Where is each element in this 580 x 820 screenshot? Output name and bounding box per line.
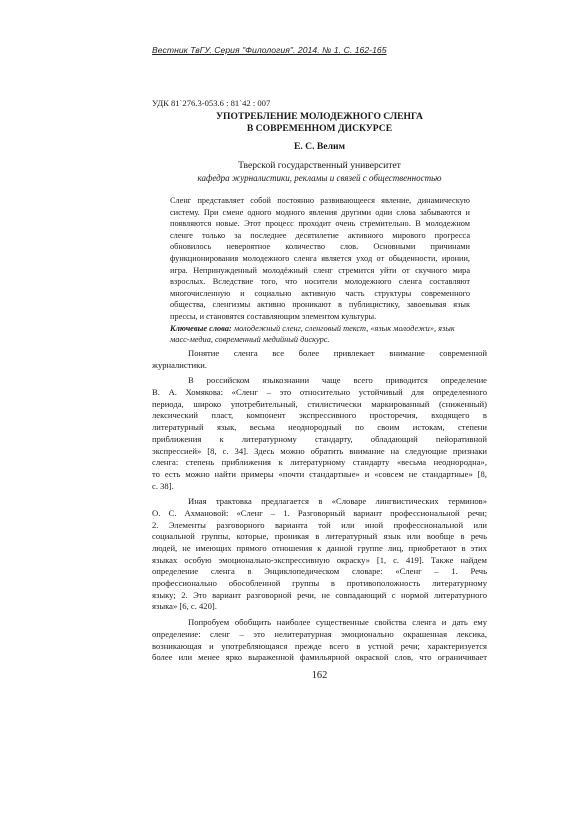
abstract-line: систему. При смене одного модного явлени… xyxy=(170,207,470,219)
body-line: Понятие сленга все более привлекает вним… xyxy=(152,348,487,360)
keywords-text: молодежный сленг, сленговый текст, «язык… xyxy=(232,324,455,333)
body-line: более или менее ярко выраженной фамильяр… xyxy=(152,652,487,664)
body-line: Попробуем обобщить наиболее существенные… xyxy=(152,617,487,629)
abstract-line: обновилось невероятное количество слов. … xyxy=(170,241,470,253)
affiliation-university: Тверской государственный университет xyxy=(152,160,487,171)
body-line: В. А. Хомякова: «Сленг – это относительн… xyxy=(152,387,487,399)
body-line: возникающая и употребляющаяся прежде все… xyxy=(152,641,487,653)
body-line: языках особую эмоционально-экспрессивную… xyxy=(152,555,487,567)
abstract-line: взрослых. Вследствие того, что носители … xyxy=(170,276,470,288)
abstract-line: прессы, и становятся составляющим элемен… xyxy=(170,311,470,323)
body-line: О. С. Ахмановой: «Сленг – 1. Разговорный… xyxy=(152,508,487,520)
keywords-line: Ключевые слова: молодежный сленг, сленго… xyxy=(170,323,470,335)
running-header: Вестник ТвГУ. Серия "Филология". 2014. №… xyxy=(152,45,387,55)
body-line: В российском языкознании чаще всего прив… xyxy=(152,375,487,387)
page-number: 162 xyxy=(152,670,487,681)
affiliation-department: кафедра журналистики, рекламы и связей с… xyxy=(152,173,487,183)
body-line: 2. Элементы разговорного варианта той ил… xyxy=(152,520,487,532)
abstract: Сленг представляет собой постоянно разви… xyxy=(170,195,470,346)
body-line: языка» [6, с. 420]. xyxy=(152,601,487,613)
abstract-line: многочисленную и социально активную част… xyxy=(170,288,470,300)
body-line: социальной группы, которые, проникая в л… xyxy=(152,531,487,543)
body-line: профессионально обособленной группы в пр… xyxy=(152,578,487,590)
body-line: лексический пласт, компонент экспрессивн… xyxy=(152,410,487,422)
abstract-line: игра. Непринужденный молодёжный сленг ст… xyxy=(170,265,470,277)
article-title-line-1: УПОТРЕБЛЕНИЕ МОЛОДЕЖНОГО СЛЕНГА xyxy=(152,111,487,123)
body-line: сленга: степень приближения к литературн… xyxy=(152,457,487,469)
body-line: определение сленга в Энциклопедическом с… xyxy=(152,566,487,578)
article-body: Понятие сленга все более привлекает вним… xyxy=(152,348,487,664)
keywords-text: масс-медиа, современный медийный дискурс… xyxy=(170,334,470,346)
document-page: Вестник ТвГУ. Серия "Филология". 2014. №… xyxy=(0,0,580,820)
abstract-line: общества, сленгизмы активно проникают в … xyxy=(170,299,470,311)
author-name: Е. С. Велим xyxy=(152,141,487,152)
abstract-line: Сленг представляет собой постоянно разви… xyxy=(170,195,470,207)
body-line: литературный язык, весьма неоднородный п… xyxy=(152,422,487,434)
body-line: людей, не имеющих прямого отношения к да… xyxy=(152,543,487,555)
body-line: с. 38]. xyxy=(152,481,487,493)
body-line: экспрессией» [8, с. 34]. Здесь можно обр… xyxy=(152,446,487,458)
keywords-label: Ключевые слова: xyxy=(170,324,232,333)
body-line: то есть можно найти примеры «почти станд… xyxy=(152,469,487,481)
body-line: определение: сленг – это нелитературная … xyxy=(152,629,487,641)
body-line: периода, широко употребительный, стилист… xyxy=(152,399,487,411)
udc-code: УДК 81`276.3-053.6 : 81`42 : 007 xyxy=(152,98,270,108)
abstract-line: появляются новые. Этот процесс проходит … xyxy=(170,218,470,230)
abstract-line: функционирования молодежного сленга явля… xyxy=(170,253,470,265)
body-line: журналистики. xyxy=(152,360,487,372)
body-line: языку; 2. Это вариант разговорной речи, … xyxy=(152,590,487,602)
body-line: Иная трактовка предлагается в «Словаре л… xyxy=(152,496,487,508)
body-line: приближения к литературному стандарту, о… xyxy=(152,434,487,446)
article-title-line-2: В СОВРЕМЕННОМ ДИСКУРСЕ xyxy=(152,123,487,135)
abstract-line: сленге только за последнее десятилетие а… xyxy=(170,230,470,242)
